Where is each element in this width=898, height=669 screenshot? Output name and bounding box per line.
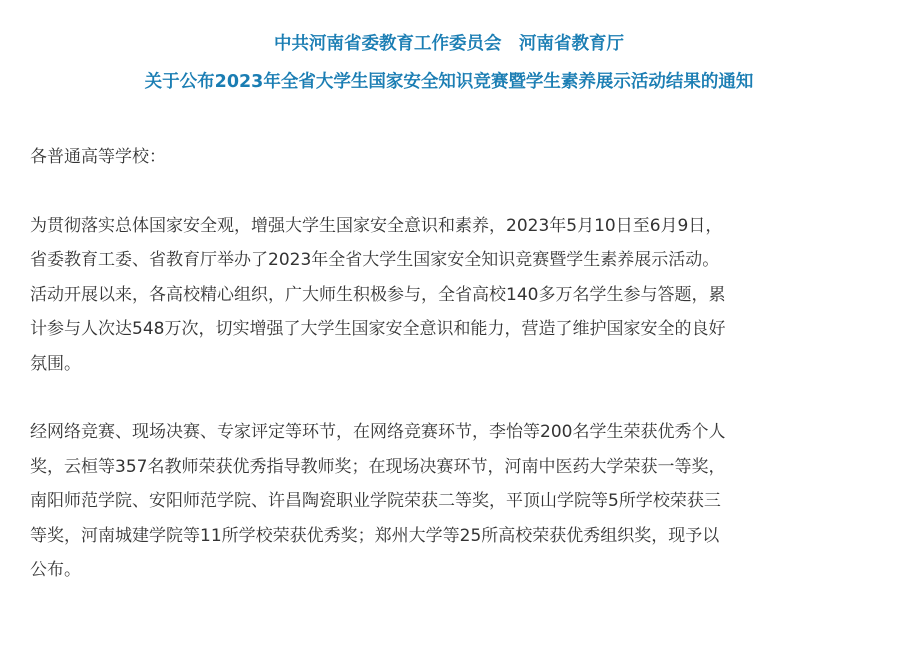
paragraph-line: 公布。 — [30, 553, 880, 588]
issuers-heading: 中共河南省委教育工作委员会 河南省教育厅 — [0, 30, 898, 58]
paragraph-line: 活动开展以来，各高校精心组织，广大师生积极参与，全省高校140多万名学生参与答题… — [30, 278, 880, 313]
paragraph-line: 南阳师范学院、安阳师范学院、许昌陶瓷职业学院荣获二等奖，平顶山学院等5所学校荣获… — [30, 484, 880, 519]
paragraph-line: 经网络竞赛、现场决赛、专家评定等环节，在网络竞赛环节，李怡等200名学生荣获优秀… — [30, 415, 880, 450]
document-header: 中共河南省委教育工作委员会 河南省教育厅 关于公布2023年全省大学生国家安全知… — [0, 30, 898, 96]
paragraph-line: 省委教育工委、省教育厅举办了2023年全省大学生国家安全知识竞赛暨学生素养展示活… — [30, 243, 880, 278]
paragraph-line: 奖，云桓等357名教师荣获优秀指导教师奖；在现场决赛环节，河南中医药大学荣获一等… — [30, 450, 880, 485]
document-body: 各普通高等学校： 为贯彻落实总体国家安全观，增强大学生国家安全意识和素养，202… — [30, 140, 880, 588]
paragraph-background: 为贯彻落实总体国家安全观，增强大学生国家安全意识和素养，2023年5月10日至6… — [30, 209, 880, 382]
notice-title: 关于公布2023年全省大学生国家安全知识竞赛暨学生素养展示活动结果的通知 — [0, 68, 898, 96]
paragraph-line: 计参与人次达548万次，切实增强了大学生国家安全意识和能力，营造了维护国家安全的… — [30, 312, 880, 347]
paragraph-line: 为贯彻落实总体国家安全观，增强大学生国家安全意识和素养，2023年5月10日至6… — [30, 209, 880, 244]
paragraph-results: 经网络竞赛、现场决赛、专家评定等环节，在网络竞赛环节，李怡等200名学生荣获优秀… — [30, 415, 880, 588]
paragraph-line: 等奖，河南城建学院等11所学校荣获优秀奖；郑州大学等25所高校荣获优秀组织奖，现… — [30, 519, 880, 554]
salutation: 各普通高等学校： — [30, 140, 880, 175]
paragraph-line: 氛围。 — [30, 347, 880, 382]
salutation-text: 各普通高等学校： — [30, 140, 880, 175]
